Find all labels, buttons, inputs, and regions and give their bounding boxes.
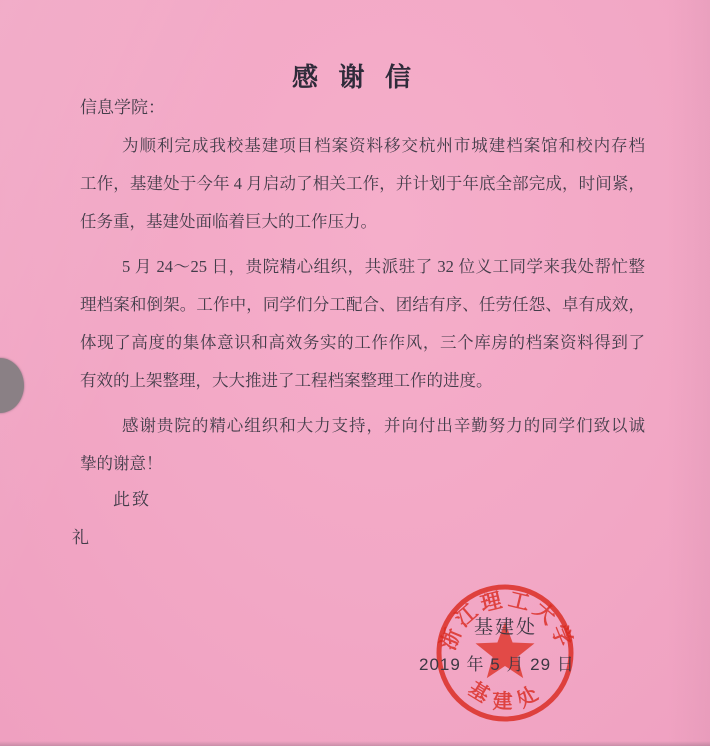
paragraph-line: 体现了高度的集体意识和高效务实的工作作风，三个库房的档案资料得到了 (80, 324, 645, 362)
punch-hole-shadow (0, 358, 24, 413)
paragraph-line: 感谢贵院的精心组织和大力支持，并向付出辛勤努力的同学们致以诚 (80, 407, 645, 445)
svg-text:基建处: 基建处 (464, 676, 549, 713)
closing-cizhi: 此致 (113, 481, 151, 519)
paragraph-2: 5 月 24～25 日，贵院精心组织，共派驻了 32 位义工同学来我处帮忙整 理… (80, 248, 645, 400)
paragraph-line: 任务重，基建处面临着巨大的工作压力。 (80, 203, 645, 241)
letter-date: 2019 年 5 月 29 日 (419, 650, 575, 675)
paragraph-line: 理档案和倒架。工作中，同学们分工配合、团结有序、任劳任怨、卓有成效， (80, 286, 645, 324)
paragraph-line: 工作，基建处于今年 4 月启动了相关工作，并计划于年底全部完成，时间紧， (80, 165, 645, 203)
signature-department: 基建处 (474, 612, 537, 639)
seal-bottom-text: 基建处 (464, 676, 549, 713)
paragraph-1: 为顺利完成我校基建项目档案资料移交杭州市城建档案馆和校内存档 工作，基建处于今年… (80, 127, 645, 241)
closing-li: 礼 (72, 519, 89, 557)
letter-body: 信息学院： 为顺利完成我校基建项目档案资料移交杭州市城建档案馆和校内存档 工作，… (80, 89, 645, 483)
paragraph-line: 5 月 24～25 日，贵院精心组织，共派驻了 32 位义工同学来我处帮忙整 (80, 248, 645, 286)
paragraph-line: 有效的上架整理，大大推进了工程档案整理工作的进度。 (80, 362, 645, 400)
paragraph-line: 挚的谢意！ (80, 445, 645, 483)
scan-bottom-edge-shadow (0, 741, 710, 746)
scanned-letter-page: 感 谢 信 信息学院： 为顺利完成我校基建项目档案资料移交杭州市城建档案馆和校内… (0, 0, 710, 746)
paragraph-3: 感谢贵院的精心组织和大力支持，并向付出辛勤努力的同学们致以诚 挚的谢意！ (80, 407, 645, 483)
paragraph-line: 为顺利完成我校基建项目档案资料移交杭州市城建档案馆和校内存档 (80, 127, 645, 165)
salutation: 信息学院： (80, 89, 645, 127)
